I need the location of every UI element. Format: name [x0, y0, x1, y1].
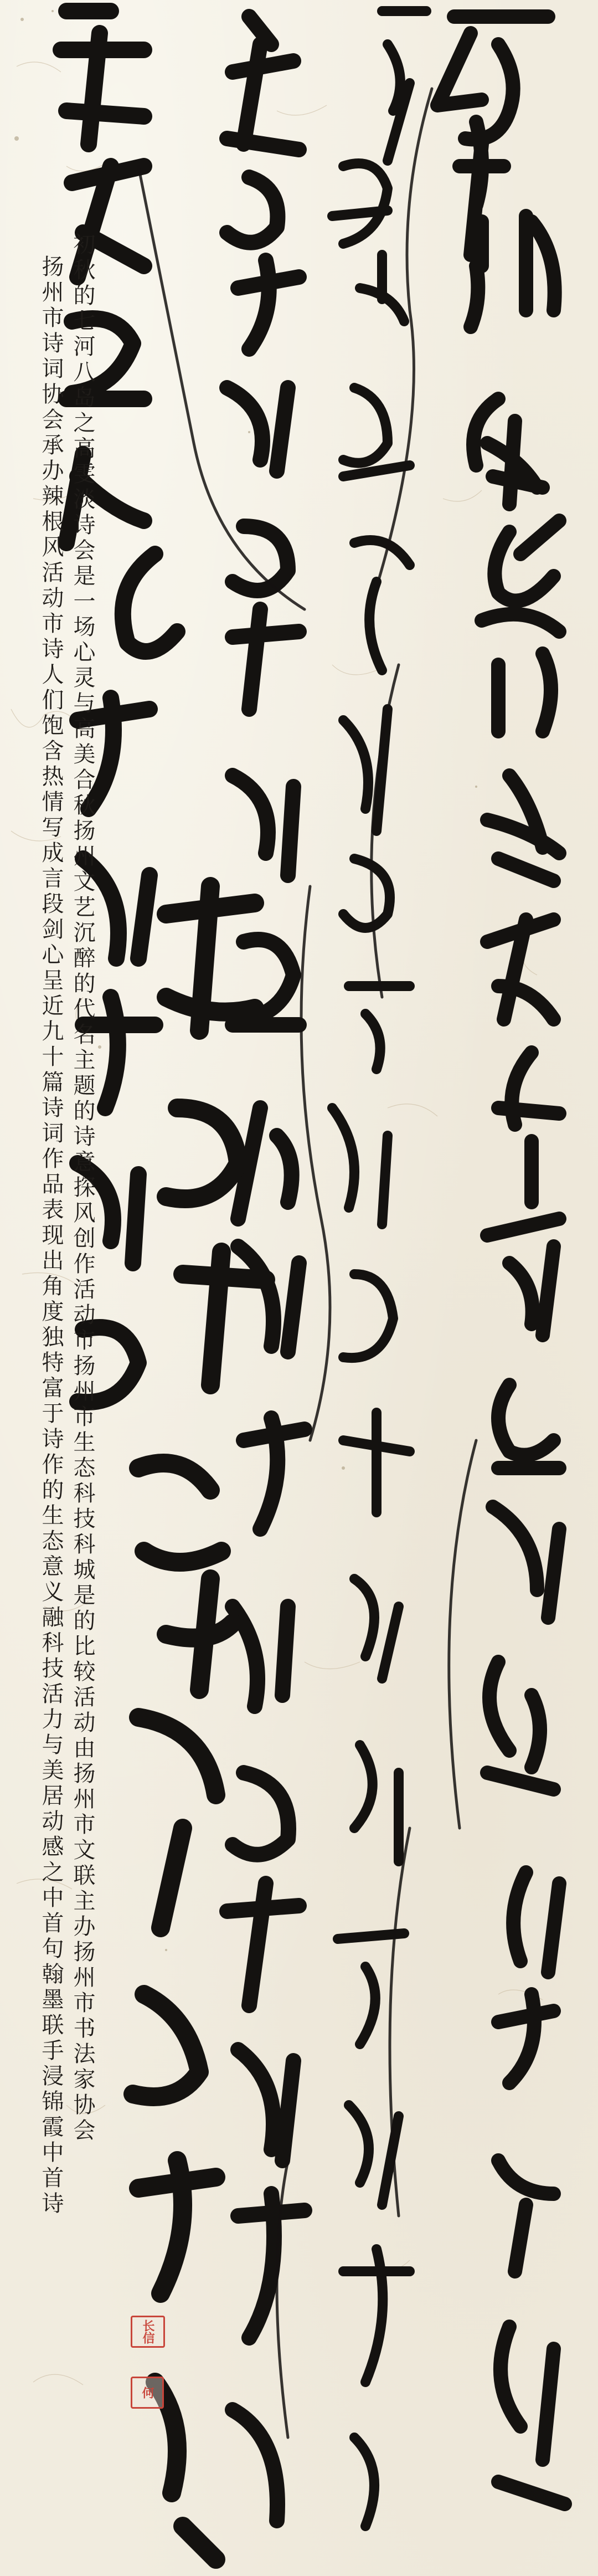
inscription-column-right: 初秋的七河八岛之高雯淡诗会是一场心灵与高美合秋扬州文艺沉醉的代名主题的诗意探风创…	[62, 233, 95, 2144]
inscription-column-left: 扬州市诗词协会承办辣根风活动市诗人们饱含热情写成言段剑心呈近九十篇诗词作品表现出…	[30, 255, 64, 2217]
calligraphy-center	[133, 886, 266, 2559]
seal-upper: 长信	[131, 2316, 165, 2348]
calligraphy-scroll: 初秋的七河八岛之高雯淡诗会是一场心灵与高美合秋扬州文艺沉醉的代名主题的诗意探风创…	[0, 0, 598, 2576]
seal-lower: 何	[131, 2377, 164, 2409]
calligraphy-column-1	[437, 17, 565, 2504]
seal-lower-text: 何	[141, 2387, 154, 2399]
seal-upper-text: 长信	[141, 2320, 154, 2344]
